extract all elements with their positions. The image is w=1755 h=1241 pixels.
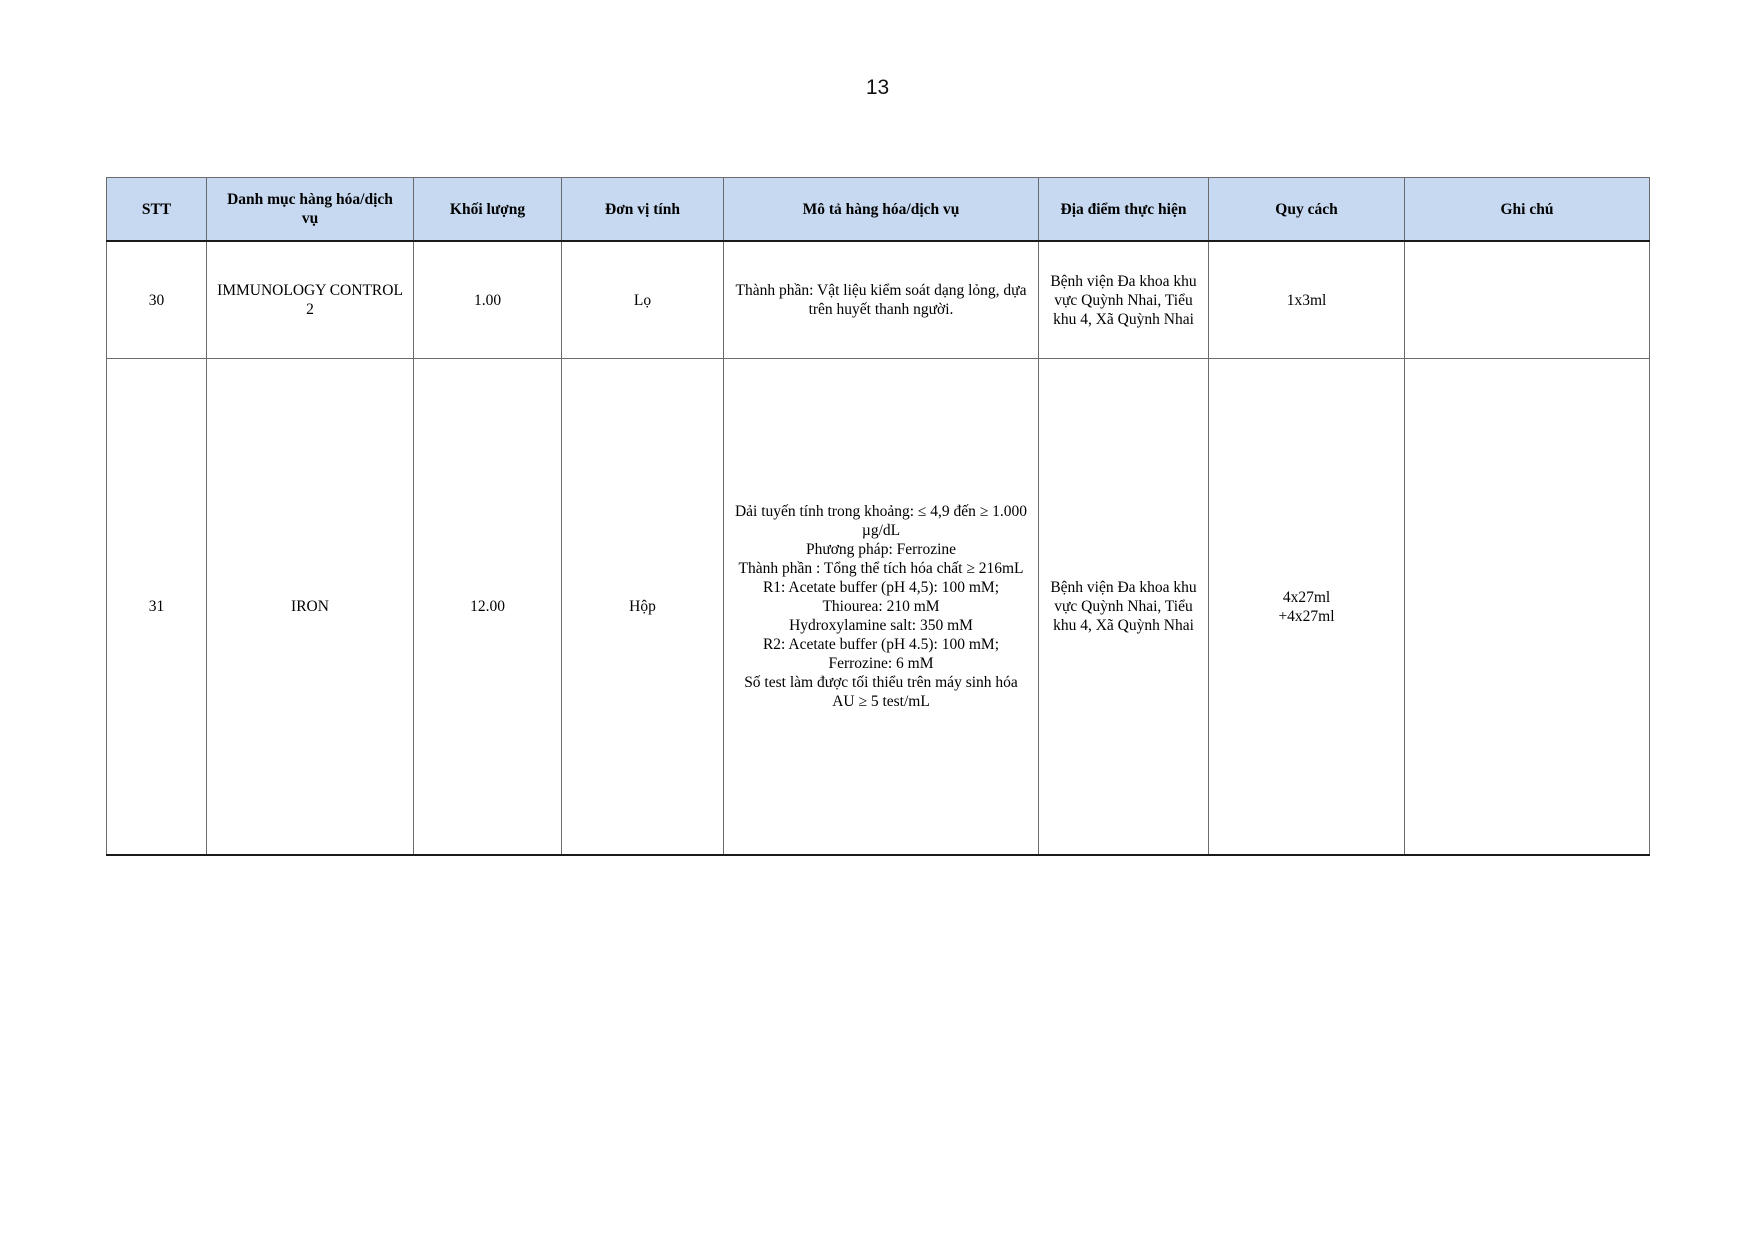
description-line: R1: Acetate buffer (pH 4,5): 100 mM; [734, 578, 1028, 597]
cell-unit: Hộp [562, 359, 724, 856]
cell-quantity: 1.00 [414, 241, 562, 359]
description-line: Dải tuyến tính trong khoảng: ≤ 4,9 đến ≥… [734, 502, 1028, 540]
spec-line: +4x27ml [1219, 607, 1394, 626]
cell-stt: 31 [107, 359, 207, 856]
header-name: Danh mục hàng hóa/dịch vụ [207, 178, 414, 242]
cell-location: Bệnh viện Đa khoa khu vực Quỳnh Nhai, Ti… [1039, 359, 1209, 856]
cell-note [1405, 241, 1650, 359]
cell-name: IRON [207, 359, 414, 856]
cell-unit: Lọ [562, 241, 724, 359]
header-description: Mô tả hàng hóa/dịch vụ [724, 178, 1039, 242]
description-line: Thiourea: 210 mM [734, 597, 1028, 616]
table-row: 31 IRON 12.00 Hộp Dải tuyến tính trong k… [107, 359, 1650, 856]
cell-description: Thành phần: Vật liệu kiểm soát dạng lỏng… [724, 241, 1039, 359]
cell-spec: 1x3ml [1209, 241, 1405, 359]
cell-name: IMMUNOLOGY CONTROL 2 [207, 241, 414, 359]
goods-table: STT Danh mục hàng hóa/dịch vụ Khối lượng… [106, 177, 1650, 856]
spec-line: 4x27ml [1219, 588, 1394, 607]
cell-quantity: 12.00 [414, 359, 562, 856]
description-line: R2: Acetate buffer (pH 4.5): 100 mM; [734, 635, 1028, 654]
cell-spec: 4x27ml +4x27ml [1209, 359, 1405, 856]
description-line: Phương pháp: Ferrozine [734, 540, 1028, 559]
description-line: Thành phần : Tổng thể tích hóa chất ≥ 21… [734, 559, 1028, 578]
header-note: Ghi chú [1405, 178, 1650, 242]
header-unit: Đơn vị tính [562, 178, 724, 242]
cell-location: Bệnh viện Đa khoa khu vực Quỳnh Nhai, Ti… [1039, 241, 1209, 359]
page-number: 13 [0, 76, 1755, 100]
cell-stt: 30 [107, 241, 207, 359]
header-stt: STT [107, 178, 207, 242]
table-row: 30 IMMUNOLOGY CONTROL 2 1.00 Lọ Thành ph… [107, 241, 1650, 359]
header-spec: Quy cách [1209, 178, 1405, 242]
header-location: Địa điểm thực hiện [1039, 178, 1209, 242]
cell-description: Dải tuyến tính trong khoảng: ≤ 4,9 đến ≥… [724, 359, 1039, 856]
description-line: Số test làm được tối thiểu trên máy sinh… [734, 673, 1028, 711]
description-line: Hydroxylamine salt: 350 mM [734, 616, 1028, 635]
description-line: Ferrozine: 6 mM [734, 654, 1028, 673]
cell-note [1405, 359, 1650, 856]
table-header-row: STT Danh mục hàng hóa/dịch vụ Khối lượng… [107, 178, 1650, 242]
header-quantity: Khối lượng [414, 178, 562, 242]
